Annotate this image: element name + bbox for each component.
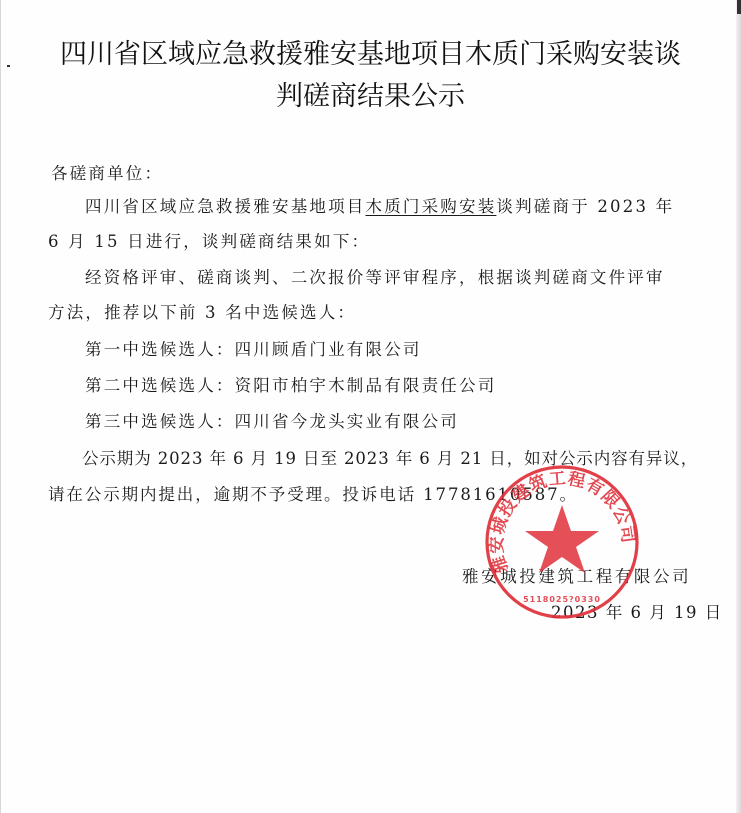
- scan-right-edge: [736, 0, 741, 813]
- salutation: 各磋商单位：: [51, 160, 163, 184]
- candidate-1: 第一中选候选人：四川顾盾门业有限公司: [85, 336, 422, 360]
- notice-line-1: 公示期为 2023 年 6 月 19 日至 2023 年 6 月 21 日，如对…: [82, 445, 698, 469]
- candidate-2: 第二中选候选人：资阳市柏宇木制品有限责任公司: [85, 372, 496, 396]
- candidate-1-rank: 第一中选候选人：: [85, 340, 235, 359]
- title-line-2: 判磋商结果公示: [0, 76, 741, 118]
- title-line-1: 四川省区域应急救援雅安基地项目木质门采购安装谈: [0, 34, 741, 76]
- para1-suffix: 谈判磋商于 2023 年: [496, 197, 674, 216]
- candidate-2-company: 资阳市柏宇木制品有限责任公司: [235, 376, 497, 395]
- scan-corner-shadow: [737, 0, 741, 14]
- candidate-3-company: 四川省今龙头实业有限公司: [235, 412, 459, 431]
- signature-company: 雅安城投建筑工程有限公司: [462, 563, 691, 587]
- candidate-3-rank: 第三中选候选人：: [85, 412, 235, 431]
- document-page: 四川省区域应急救援雅安基地项目木质门采购安装谈 判磋商结果公示 各磋商单位： 四…: [0, 0, 741, 813]
- project-name-underlined: 木质门采购安装: [366, 197, 497, 216]
- signature-date: 2023 年 6 月 19 日: [551, 599, 723, 623]
- candidate-3: 第三中选候选人：四川省今龙头实业有限公司: [85, 408, 459, 432]
- candidate-2-rank: 第二中选候选人：: [85, 376, 235, 395]
- notice-line-2: 请在公示期内提出，逾期不予受理。投诉电话 17781610587。: [48, 481, 578, 505]
- paragraph-1-line-2: 6 月 15 日进行，谈判磋商结果如下：: [48, 228, 370, 252]
- paragraph-1-line-1: 四川省区域应急救援雅安基地项目木质门采购安装谈判磋商于 2023 年: [85, 193, 674, 217]
- paragraph-2-line-1: 经资格评审、磋商谈判、二次报价等评审程序，根据谈判磋商文件评审: [85, 264, 665, 288]
- paragraph-2-line-2: 方法，推荐以下前 3 名中选候选人：: [48, 299, 356, 323]
- para1-prefix: 四川省区域应急救援雅安基地项目: [85, 197, 366, 216]
- candidate-1-company: 四川顾盾门业有限公司: [235, 340, 422, 359]
- document-title: 四川省区域应急救援雅安基地项目木质门采购安装谈 判磋商结果公示: [0, 34, 741, 118]
- scan-left-edge: [0, 0, 1, 813]
